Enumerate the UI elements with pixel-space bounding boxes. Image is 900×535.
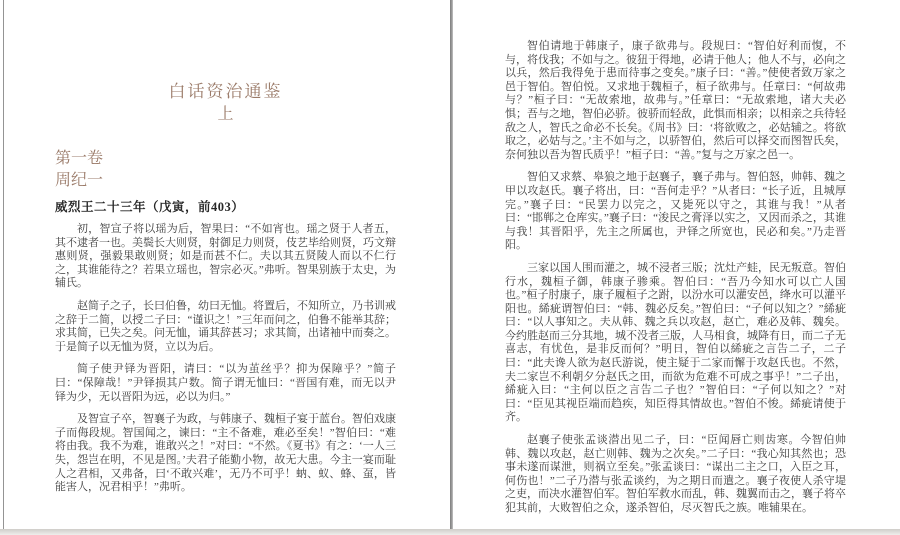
paragraph: 简子使尹铎为晋阳，请曰：“以为茧丝乎？抑为保障乎？”简子曰：“保障哉！”尹铎损其… (55, 363, 396, 404)
book-title: 白话资治通鉴 (55, 80, 396, 104)
paragraph: 赵简子之子，长曰伯鲁，幼曰无恤。将置后，不知所立，乃书训戒之辞于二简，以授二子曰… (55, 300, 396, 354)
paragraph: 初，智宣子将以瑶为后，智果曰：“不如宵也。瑶之贤于人者五，其不逮者一也。美鬓长大… (55, 223, 396, 291)
ebook-two-page-view: 白话资治通鉴 上 第一卷 周纪一 威烈王二十三年（戊寅，前403） 初，智宣子将… (0, 0, 900, 535)
page-spine-divider (450, 0, 453, 529)
volume-label: 上 (55, 104, 396, 126)
paragraph: 智伯请地于韩康子，康子欲弗与。段规曰：“智伯好利而愎，不与，将伐我；不如与之。彼… (505, 40, 846, 162)
page-left: 白话资治通鉴 上 第一卷 周纪一 威烈王二十三年（戊寅，前403） 初，智宣子将… (55, 0, 396, 495)
year-heading: 威烈王二十三年（戊寅，前403） (55, 200, 396, 214)
window-left-edge (3, 0, 4, 529)
window-bottom-edge (0, 529, 900, 535)
paragraph: 智伯又求蔡、皋狼之地于赵襄子，襄子弗与。智伯怒，帅韩、魏之甲以攻赵氏。襄子将出，… (505, 171, 846, 253)
page-right: 智伯请地于韩康子，康子欲弗与。段规曰：“智伯好利而愎，不与，将伐我；不如与之。彼… (505, 0, 846, 516)
paragraph: 及智宣子卒，智襄子为政，与韩康子、魏桓子宴于蓝台。智伯戏康子而侮段规。智国闻之，… (55, 413, 396, 495)
section-title: 周纪一 (55, 170, 396, 192)
chapter-title: 第一卷 (55, 148, 396, 170)
paragraph: 赵襄子使张孟谈潜出见二子，曰：“臣闻唇亡则齿寒。今智伯帅韩、魏以攻赵，赵亡则韩、… (505, 434, 846, 516)
paragraph: 三家以国人围而灌之，城不浸者三版；沈灶产蛙，民无叛意。智伯行水，魏桓子御，韩康子… (505, 262, 846, 425)
